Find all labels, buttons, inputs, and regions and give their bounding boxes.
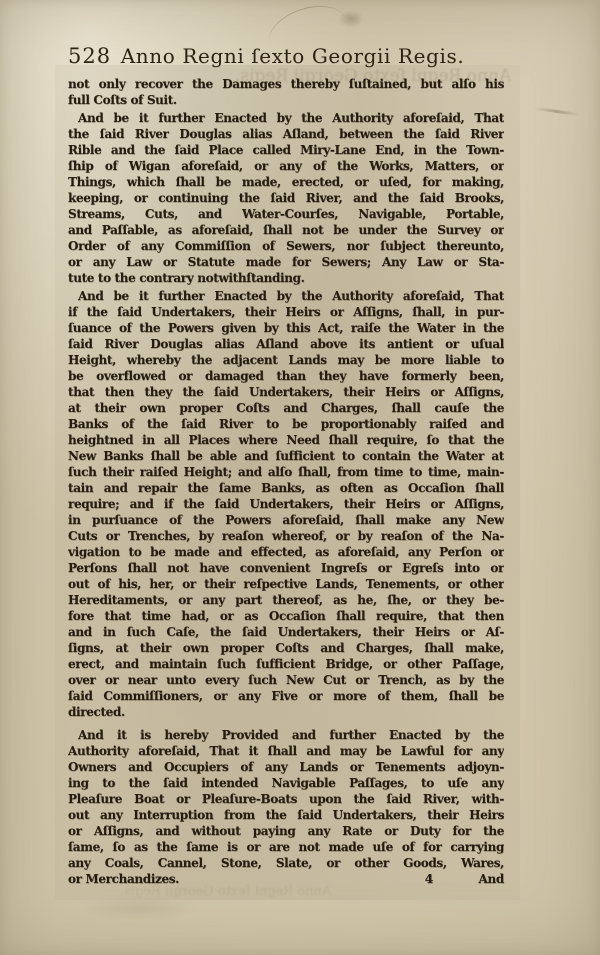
text-line: full Coſts of Suit. [68,92,504,108]
text-line: be overflowed or damaged than they have … [68,368,504,384]
paragraph: not only recover the Damages thereby ſuſ… [68,76,504,108]
text-line: in purſuance of the Powers aforeſaid, ſh… [68,512,504,528]
text-line: Owners and Occupiers of any Lands or Ten… [68,759,504,775]
text-line: or any Law or Statute made for Sewers; A… [68,254,504,270]
text-line: and in ſuch Caſe, the ſaid Undertakers, … [68,624,504,640]
text-line: or Aſſigns, and without paying any Rate … [68,823,504,839]
text-line: ing to the ſaid intended Navigable Paſſa… [68,775,504,791]
paper-stain [338,10,364,28]
text-line: fore that time had, or as Occaſion ſhall… [68,608,504,624]
text-line: And be it further Enacted by the Authori… [68,110,504,126]
text-line: erect, and maintain ſuch ſufficient Brid… [68,656,504,672]
text-line: out any Interruption from the ſaid Under… [68,807,504,823]
text-line: ſhip of Wigan aforeſaid, or any of the W… [68,158,504,174]
text-line: Cuts or Trenches, by reaſon whereof, or … [68,528,504,544]
text-line: the ſaid River Douglas alias Aſland, bet… [68,126,504,142]
page-header: 528 Anno Regni ſexto Georgii Regis. [68,44,504,72]
text-line: Rible and the ſaid Place called Miry-Lan… [68,142,504,158]
text-line: tute to the contrary notwithſtanding. [68,270,504,286]
paragraph: And it is hereby Provided and further En… [68,727,504,887]
text-line: And it is hereby Provided and further En… [68,727,504,743]
text-block: not only recover the Damages thereby ſuſ… [68,76,504,887]
text-line: tain and repair the ſame Banks, as often… [68,480,504,496]
text-line: Banks of the ſaid River to be proportion… [68,416,504,432]
running-head: Anno Regni ſexto Georgii Regis. [111,44,504,68]
text-line: Hereditaments, or any part thereof, as h… [68,592,504,608]
text-line: ſuch their raiſed Height; and alſo ſhall… [68,464,504,480]
text-line: Authority aforeſaid, That it ſhall and m… [68,743,504,759]
document-page: Anno Regni ſexto Georgii Regis. Anno Reg… [0,0,600,955]
text-line: not only recover the Damages thereby ſuſ… [68,76,504,92]
text-line: at their own proper Coſts and Charges, ſ… [68,400,504,416]
text-line: if the ſaid Undertakers, their Heirs or … [68,304,504,320]
text-line: ſuance of the Powers given by this Act, … [68,320,504,336]
text-line: And be it further Enacted by the Authori… [68,288,504,304]
text-line: require; and if the ſaid Undertakers, th… [68,496,504,512]
paper-stain [534,107,580,116]
text-line: Things, which ſhall be made, erected, or… [68,174,504,190]
text-line: that then they the ſaid Undertakers, the… [68,384,504,400]
text-line: any Coals, Cannel, Stone, Slate, or othe… [68,855,504,871]
text-line: keeping, or continuing the ſaid River, a… [68,190,504,206]
text-line: ſame, ſo as the ſame is or are not made … [68,839,504,855]
text-line: Pleaſure Boat or Pleaſure-Boats upon the… [68,791,504,807]
page-number: 528 [68,44,111,68]
text-line: New Banks ſhall be able and ſufficient t… [68,448,504,464]
catchword: And [478,871,504,887]
text-line: Perſons ſhall not have convenient Ingreſ… [68,560,504,576]
text-line: ſigns, at their own proper Coſts and Cha… [68,640,504,656]
text-line: ſaid Commiſſioners, or any Five or more … [68,688,504,704]
text-line: Streams, Cuts, and Water-Courſes, Naviga… [68,206,504,222]
text-line: directed. [68,704,504,720]
text-line: ſaid River Douglas alias Aſland above it… [68,336,504,352]
text-line: over or near unto every ſuch New Cut or … [68,672,504,688]
text-line: Height, whereby the adjacent Lands may b… [68,352,504,368]
signature-mark: 4 [414,871,444,887]
paragraph: And be it further Enacted by the Authori… [68,110,504,286]
text-line: out of his, her, or their reſpective Lan… [68,576,504,592]
text-line: heightned in all Places where Need ſhall… [68,432,504,448]
text-line: vigation to be made and effected, as afo… [68,544,504,560]
paragraph: And be it further Enacted by the Authori… [68,288,504,720]
text-line: Order of any Commiſſion of Sewers, nor ſ… [68,238,504,254]
text-line: and Paſſable, as aforeſaid, ſhall not be… [68,222,504,238]
